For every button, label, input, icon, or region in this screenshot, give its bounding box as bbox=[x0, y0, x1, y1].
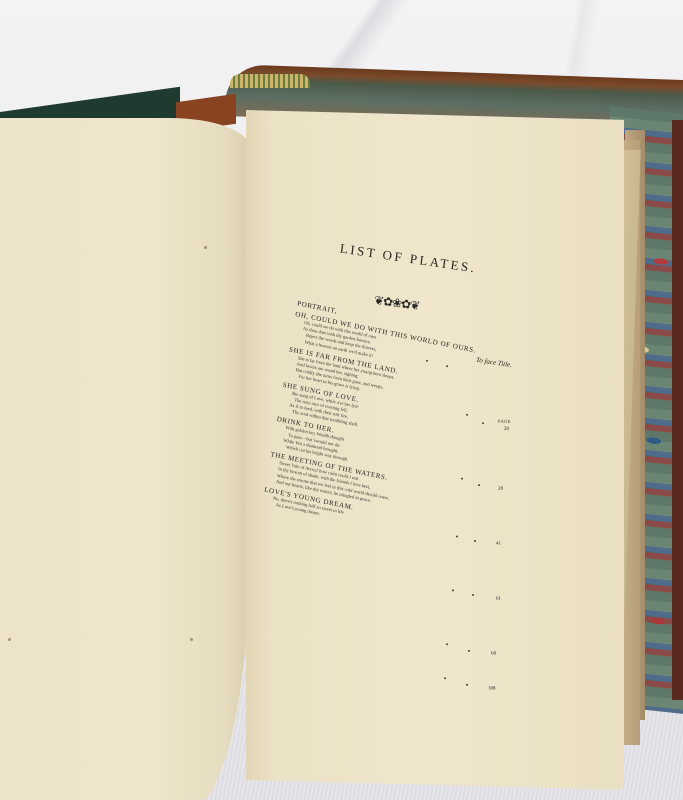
leader-dot bbox=[456, 535, 458, 537]
leader-dot bbox=[446, 365, 448, 367]
page-title: LIST OF PLATES. bbox=[339, 240, 477, 276]
floral-ornament-icon: ❦✿❀✿❦ bbox=[373, 293, 420, 314]
leader-dot bbox=[466, 414, 468, 416]
leader-dot bbox=[482, 422, 484, 424]
page-number: 108 bbox=[488, 686, 496, 691]
list-of-plates-page: LIST OF PLATES. ❦✿❀✿❦ PORTRAIT, OH, COUL… bbox=[246, 110, 624, 790]
leader-dot bbox=[468, 650, 470, 652]
leader-dot bbox=[472, 594, 474, 596]
leader-dot bbox=[452, 589, 454, 591]
leader-dot bbox=[474, 540, 476, 542]
paper-speck bbox=[8, 638, 11, 641]
plates-list: PORTRAIT, OH, COULD WE DO WITH THIS WORL… bbox=[261, 299, 613, 572]
leader-dot bbox=[466, 684, 468, 686]
page-number: 68 bbox=[491, 651, 496, 656]
page-number: 28 bbox=[498, 487, 503, 492]
paper-speck bbox=[204, 246, 207, 249]
back-cover-edge bbox=[672, 120, 683, 700]
page-number: 41 bbox=[496, 542, 501, 547]
leader-dot bbox=[446, 643, 448, 645]
leader-dot bbox=[444, 677, 446, 679]
leader-dot bbox=[478, 484, 480, 486]
page-column-header: PAGE bbox=[498, 419, 511, 424]
left-blank-page bbox=[0, 118, 250, 800]
paper-speck bbox=[190, 638, 193, 641]
page-number: 20 bbox=[504, 427, 509, 432]
leader-dot bbox=[426, 360, 428, 362]
page-number: 61 bbox=[496, 597, 501, 602]
leader-dot bbox=[461, 478, 463, 480]
head-band bbox=[230, 74, 310, 88]
